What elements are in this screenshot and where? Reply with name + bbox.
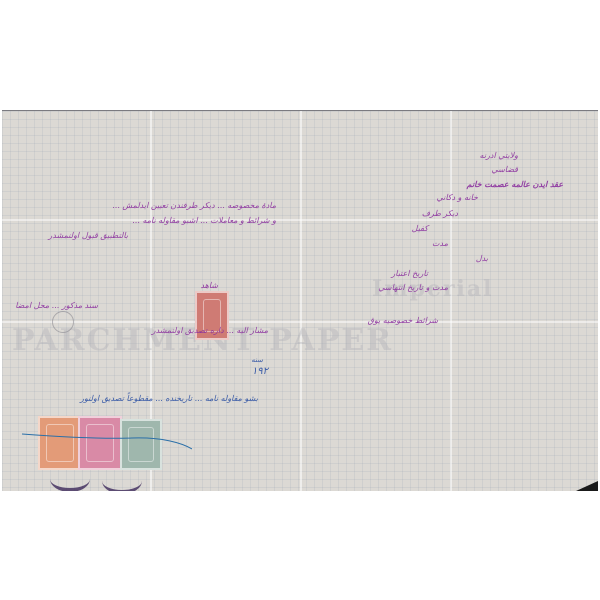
handwritten-line: خانه و دكاني [436,193,478,202]
handwritten-line: مدت [432,239,448,248]
handwritten-line: بالتطبيق قبول اولنمشدر [48,231,128,240]
paper-corner-shadow [576,481,598,491]
footer-note: شرائط خصوصيه يوق [368,316,438,325]
handwritten-line: مدت و تاريخ انتهاسي [378,283,448,292]
handwritten-line: قضاسي [491,165,518,174]
handwritten-line: بدل [476,254,488,263]
handwritten-line: ديكر طرف [422,209,458,218]
handwritten-line: كفيل [412,224,428,233]
document-paper: Imperial PARCHMENT PAPER مادهٔ مخصوصه ..… [2,110,598,491]
faded-seal [52,311,74,333]
bottom-line: بشو مقاوله نامه ... تاريخنده ... مقطوعاً… [80,394,258,403]
fold-line [2,219,598,221]
year-number: ١٩٢ [252,366,268,377]
handwritten-line: و شرائط و معاملات ... اشبو مقاوله نامه .… [132,216,276,225]
handwritten-line: مادهٔ مخصوصه ... ديكر طرفندن تعيين ايدلم… [112,201,276,210]
blue-signature-stroke [22,429,192,454]
handwritten-line: تاريخ اعتبار [391,269,428,278]
handwritten-line: عقد ايدن عالمه عصمت خانم [467,179,563,189]
handwritten-line: ولايتي ادرنه [480,151,518,160]
year-label: سنه [251,356,263,364]
signature-label: شاهد [200,281,218,290]
witness-line: سند مذكور ... محل امضا [15,301,98,310]
postmark-seal [102,468,142,491]
fold-line [300,111,302,491]
postmark-seal [50,466,90,491]
stamp-note: مشار اليه ... داره تصديق اولنمشدر [152,326,268,335]
